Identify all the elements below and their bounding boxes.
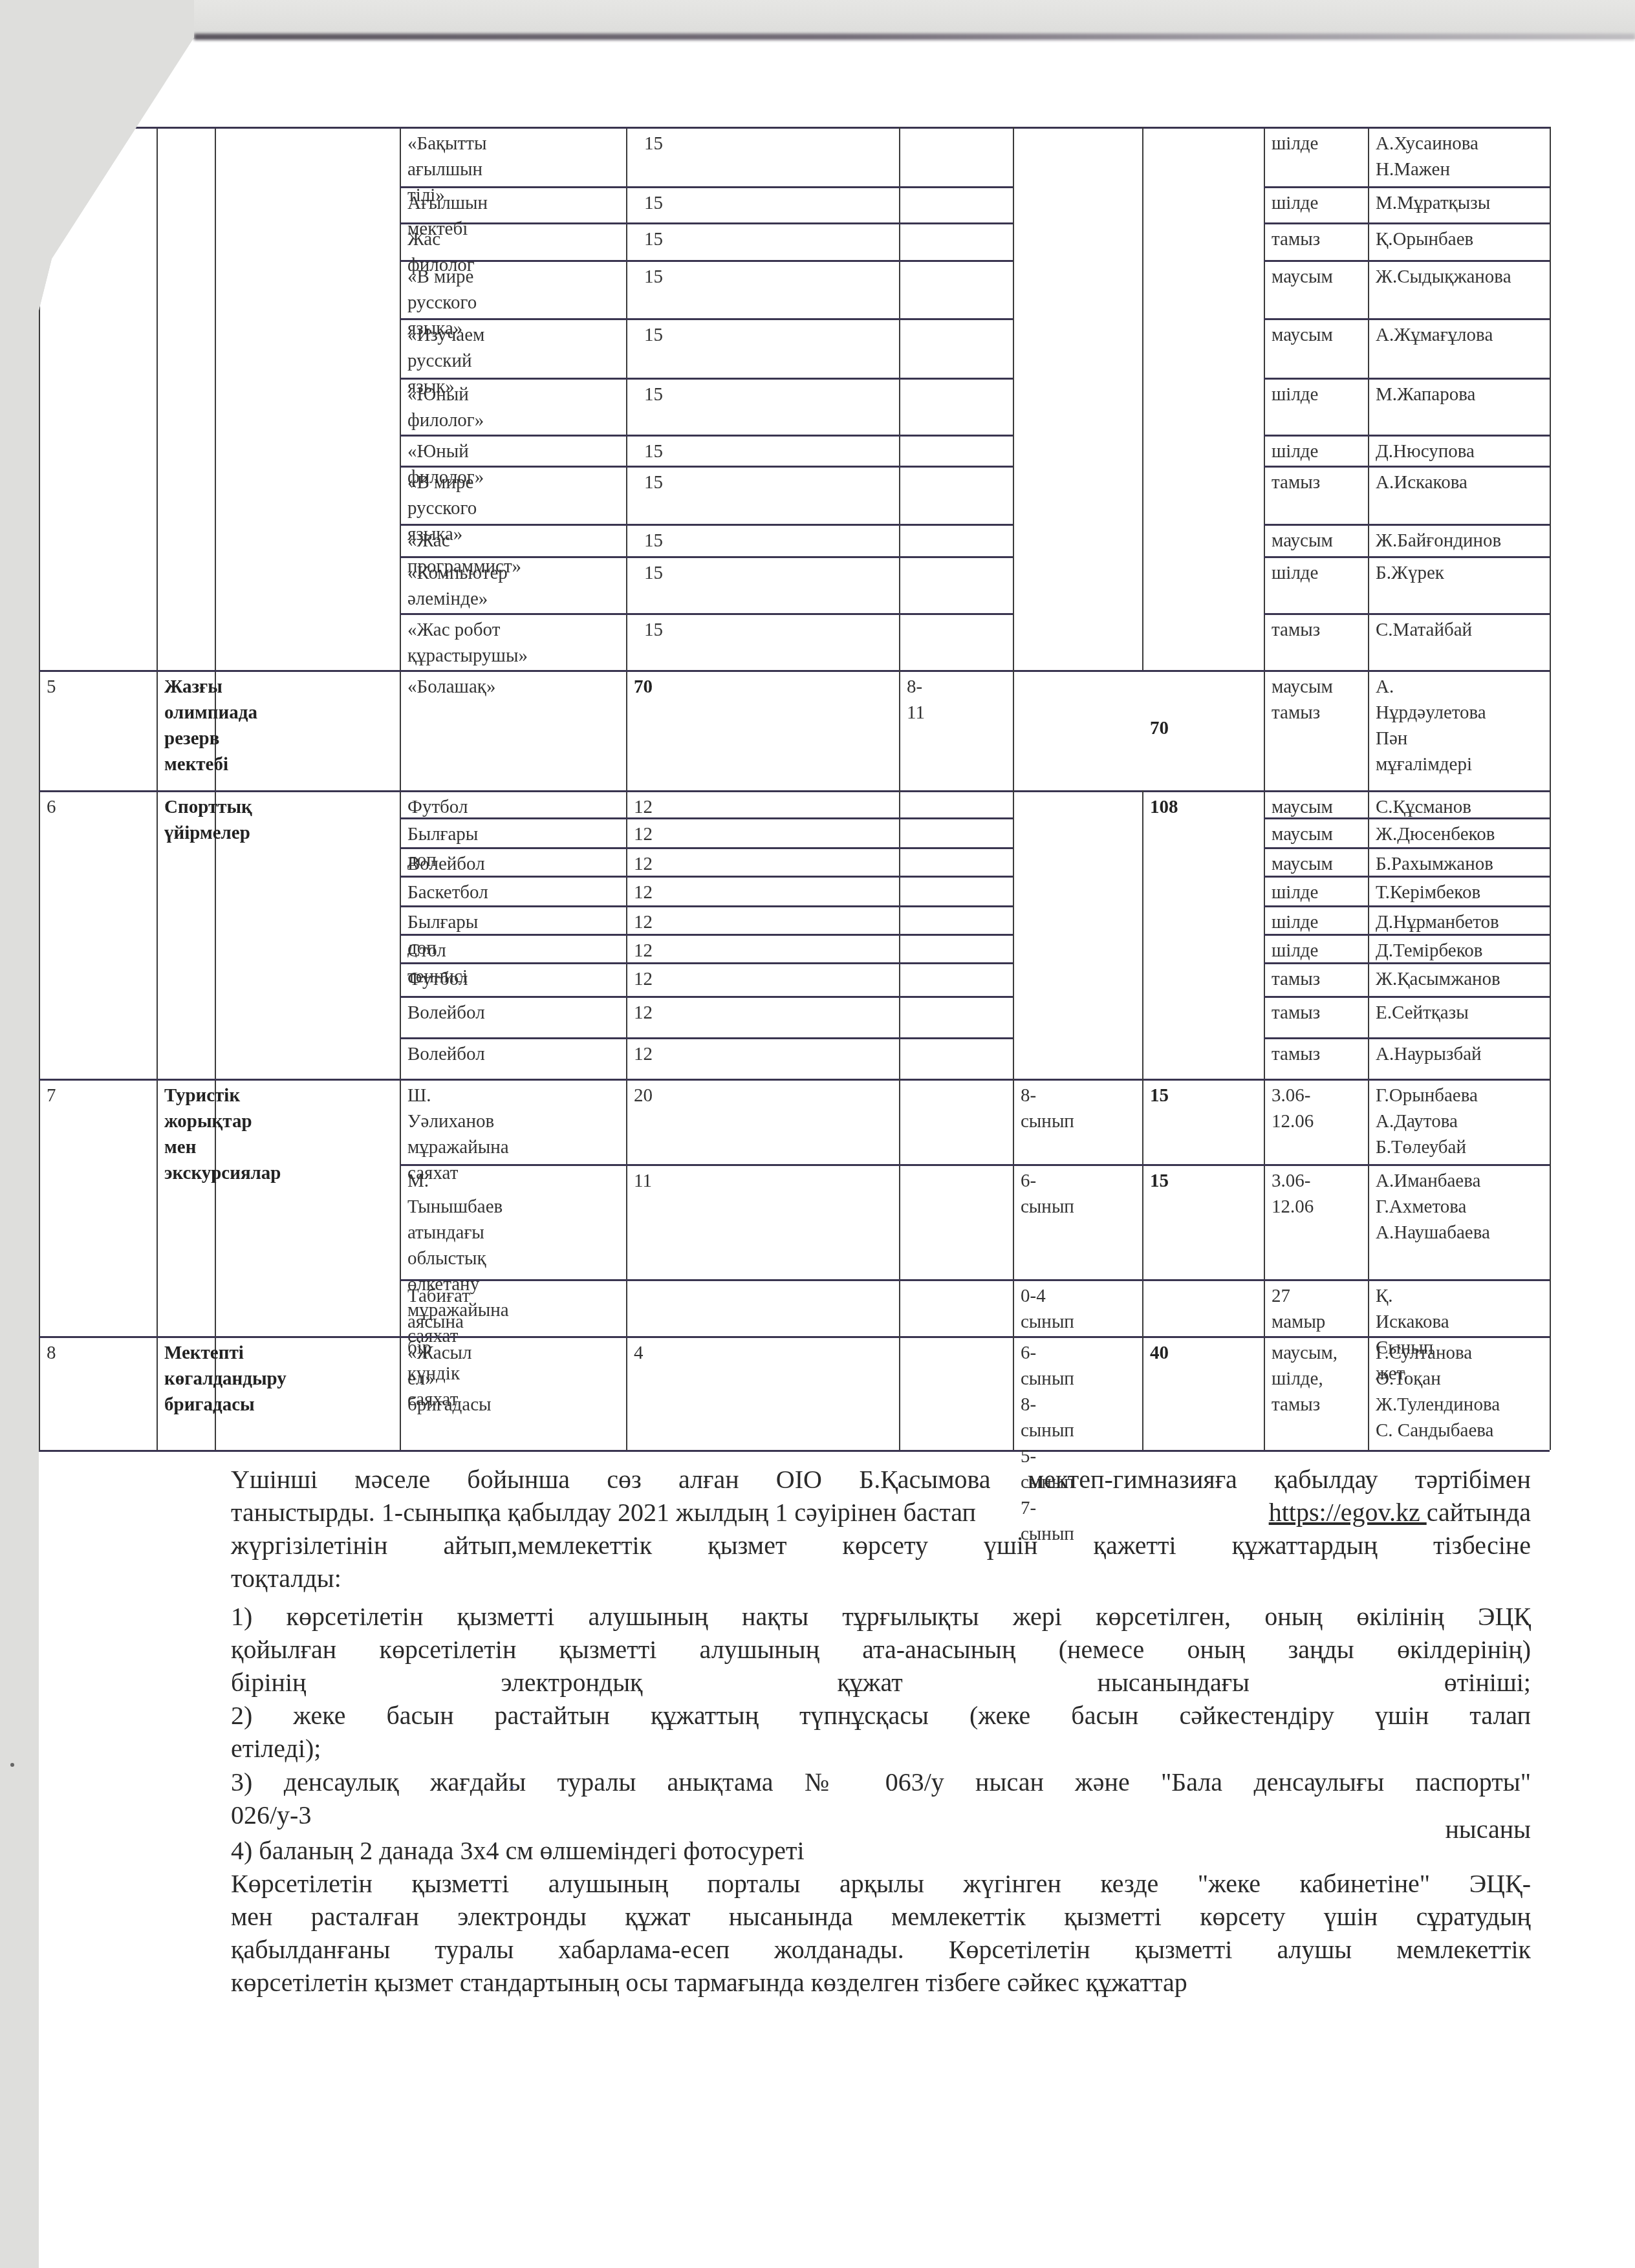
participant-count: 12 (634, 821, 653, 847)
responsible: С.Құсманов (1376, 794, 1471, 820)
list-item-4: 4) баланың 2 данада 3х4 см өлшеміндегі ф… (231, 1834, 1531, 1867)
table-rule (1013, 1336, 1014, 1450)
club-name: Баскетбол (407, 880, 488, 905)
participant-count: 11 (634, 1168, 652, 1194)
text-run: 3) денсаулық жағдайы туралы анықтама № 0… (231, 1766, 1531, 1798)
responsible: А.Хусаинова Н.Мажен (1376, 131, 1478, 182)
club-name: Волейбол (407, 1041, 485, 1067)
text-run: қабылданғаны туралы хабарлама-есеп жолда… (231, 1933, 1531, 1966)
para-line: Үшінші мәселе бойынша сөз алған ОІО Б.Қа… (231, 1463, 1531, 1496)
responsible: А.Наурызбай (1376, 1041, 1482, 1067)
para-line: тоқталды: (231, 1562, 1531, 1595)
table-rule (400, 318, 1013, 320)
page-edge-shadow (194, 34, 1635, 40)
admission-paragraph: Үшінші мәселе бойынша сөз алған ОІО Б.Қа… (231, 1463, 1531, 1595)
list-item-3: 3) денсаулық жағдайы туралы анықтама № 0… (231, 1766, 1531, 1798)
month: маусым (1272, 851, 1333, 877)
total-count: 70 (1150, 715, 1169, 741)
responsible: А. Нұрдәулетова Пән мұғалімдері (1376, 674, 1486, 777)
total-count: 15 (1150, 1168, 1169, 1194)
text-word: құжат (837, 1666, 902, 1699)
total-count: 40 (1150, 1340, 1169, 1366)
table-rule (1264, 556, 1550, 558)
participant-count: 15 (644, 560, 663, 586)
dates: 3.06- 12.06 (1272, 1083, 1314, 1134)
month: маусым (1272, 264, 1333, 290)
month: шілде (1272, 909, 1319, 935)
dates: 27 мамыр (1272, 1283, 1325, 1335)
total-count: 108 (1150, 794, 1178, 820)
participant-count: 15 (644, 382, 663, 407)
text-run: Үшінші мәселе бойынша сөз алған ОІО Б.Қа… (231, 1463, 1531, 1496)
documents-list: 1) көрсетілетін қызметті алушының нақты … (231, 1600, 1531, 1765)
month: маусым (1272, 794, 1333, 820)
activity-category: Туристік жорықтар мен экскурсиялар (164, 1083, 281, 1186)
table-rule (1264, 466, 1550, 468)
list-item-1-cont: қойылған көрсетілетін қызметті алушының … (231, 1633, 1531, 1666)
month: маусым тамыз (1272, 674, 1333, 726)
table-rule (1264, 260, 1550, 262)
table-rule (899, 670, 900, 790)
para2-line: көрсетілетін қызмет стандартының осы тар… (231, 1966, 1531, 1999)
table-rule (400, 613, 1013, 615)
responsible: Қ.Орынбаев (1376, 226, 1473, 252)
responsible: А.Жұмағұлова (1376, 322, 1493, 348)
scanner-background (0, 0, 1635, 39)
text-run: жүргізілетінін айтып,мемлекеттік қызмет … (231, 1529, 1531, 1562)
row-number: 5 (47, 674, 56, 700)
table-rule (1264, 318, 1550, 320)
table-rule (1264, 905, 1550, 907)
table-rule (39, 127, 1550, 129)
responsible: Т.Керімбеков (1376, 880, 1480, 905)
text-word: өтініші; (1444, 1666, 1531, 1699)
text-run: 1) көрсетілетін қызметті алушының нақты … (231, 1600, 1531, 1633)
month: маусым (1272, 821, 1333, 847)
participant-count: 20 (634, 1083, 653, 1108)
table-rule (400, 934, 1013, 936)
participant-count: 15 (644, 528, 663, 554)
table-rule (1264, 127, 1265, 1450)
text-word: электрондық (501, 1666, 642, 1699)
month: маусым, шілде, тамыз (1272, 1340, 1337, 1418)
para2-line: мен расталған электронды құжат нысанында… (231, 1900, 1531, 1933)
dates: 3.06- 12.06 (1272, 1168, 1314, 1220)
month: шілде (1272, 880, 1319, 905)
text-run: Көрсетілетін қызметті алушының порталы а… (231, 1867, 1531, 1900)
table-rule (400, 1037, 1013, 1039)
egov-link[interactable]: https://egov.kz (1269, 1498, 1427, 1527)
text-run: сайтында (1427, 1498, 1531, 1527)
grade: 8-сынып (1021, 1083, 1074, 1134)
responsible: Ж.Байғондинов (1376, 528, 1501, 554)
table-rule (39, 127, 40, 1450)
table-rule (400, 466, 1013, 468)
month: шілде (1272, 131, 1319, 157)
text-run: 026/у-3 (231, 1798, 311, 1831)
month: тамыз (1272, 1041, 1320, 1067)
table-rule (400, 847, 1013, 849)
month: тамыз (1272, 1000, 1320, 1026)
table-rule (400, 817, 1013, 819)
table-rule (400, 524, 1013, 526)
responsible: Д.Нюсупова (1376, 438, 1475, 464)
responsible: М.Жапарова (1376, 382, 1475, 407)
list-item-2-cont: етіледі); (231, 1732, 1531, 1765)
table-rule (1264, 222, 1550, 224)
participant-count: 70 (634, 674, 653, 700)
activity-category: Жазғы олимпиада резерв мектебі (164, 674, 257, 777)
para-line: жүргізілетінін айтып,мемлекеттік қызмет … (231, 1529, 1531, 1562)
participant-count: 15 (644, 190, 663, 216)
grade: 0-4 сынып (1021, 1283, 1074, 1335)
scan-speck (511, 1786, 514, 1789)
table-rule (400, 876, 1013, 878)
table-rule (400, 905, 1013, 907)
table-rule (1013, 127, 1014, 670)
table-rule (39, 1336, 1550, 1338)
table-rule (1264, 524, 1550, 526)
responsible: Ж.Сыдықжанова (1376, 264, 1511, 290)
table-rule (1013, 670, 1014, 790)
table-rule (1264, 435, 1550, 437)
list-item-3-cont: 026/у-3 нысаны (231, 1798, 1531, 1831)
activity-category: Мектепті көгалдандыру бригадасы (164, 1340, 287, 1418)
participant-count: 12 (634, 880, 653, 905)
table-rule (157, 127, 158, 1450)
table-rule (39, 670, 1550, 672)
participant-count: 12 (634, 938, 653, 964)
responsible: Г.Орынбаева А.Даутова Б.Төлеубай (1376, 1083, 1478, 1160)
table-rule (1264, 378, 1550, 380)
participant-count: 15 (644, 617, 663, 643)
grade: 6-сынып (1021, 1168, 1074, 1220)
month: шілде (1272, 560, 1319, 586)
table-rule (1013, 1079, 1014, 1336)
participant-count: 12 (634, 1041, 653, 1067)
text-word: нысанындағы (1098, 1666, 1250, 1699)
responsible: Б.Рахымжанов (1376, 851, 1493, 877)
table-rule (400, 435, 1013, 437)
club-name: «Компьютер әлемінде» (407, 560, 508, 612)
table-rule (39, 790, 1550, 792)
grade: 8-11 (907, 674, 925, 726)
month: маусым (1272, 322, 1333, 348)
participant-count: 15 (644, 264, 663, 290)
table-rule (400, 378, 1013, 380)
club-name: «Юный филолог» (407, 382, 484, 433)
total-count: 15 (1150, 1083, 1169, 1108)
responsible: М.Мұратқызы (1376, 190, 1490, 216)
month: шілде (1272, 938, 1319, 964)
table-rule (1550, 127, 1551, 1450)
responsible: Ж.Дюсенбеков (1376, 821, 1495, 847)
participant-count: 15 (644, 322, 663, 348)
text-run: 2) жеке басын растайтын құжаттың түпнұсқ… (231, 1699, 1531, 1732)
row-number: 6 (47, 794, 56, 820)
participant-count: 15 (644, 470, 663, 495)
table-rule (1264, 613, 1550, 615)
table-rule (400, 962, 1013, 964)
club-name: Футбол (407, 966, 468, 992)
para-line: таныстырды. 1-сыныпқа қабылдау 2021 жылд… (231, 1496, 1531, 1529)
table-rule (400, 1164, 1550, 1166)
table-rule (1142, 790, 1143, 1079)
row-number: 8 (47, 1340, 56, 1366)
responsible: Д.Темірбеков (1376, 938, 1482, 964)
participant-count: 15 (644, 438, 663, 464)
month: шілде (1272, 382, 1319, 407)
month: тамыз (1272, 470, 1320, 495)
table-rule (899, 127, 900, 670)
month: тамыз (1272, 226, 1320, 252)
text-word: бірінің (231, 1666, 307, 1699)
table-rule (39, 1450, 1550, 1452)
participant-count: 15 (644, 226, 663, 252)
club-name: «Жасыл ел» бригадасы (407, 1340, 492, 1418)
table-rule (1264, 1037, 1550, 1039)
responsible: Б.Жүрек (1376, 560, 1444, 586)
para2-line: Көрсетілетін қызметті алушының порталы а… (231, 1867, 1531, 1900)
table-rule (1142, 1079, 1143, 1336)
participant-count: 12 (634, 851, 653, 877)
text-run: қойылған көрсетілетін қызметті алушының … (231, 1633, 1531, 1666)
responsible: Ж.Қасымжанов (1376, 966, 1500, 992)
table-rule (1264, 847, 1550, 849)
club-name: Футбол (407, 794, 468, 820)
responsible: А.Искакова (1376, 470, 1467, 495)
table-rule (1368, 127, 1369, 1450)
table-rule (400, 996, 1013, 998)
month: шілде (1272, 438, 1319, 464)
table-rule (215, 127, 216, 1450)
table-rule (1142, 1336, 1143, 1450)
table-rule (400, 260, 1013, 262)
club-name: «Жас робот құрастырушы» (407, 617, 528, 669)
table-rule (400, 1279, 1550, 1281)
text-run: мен расталған электронды құжат нысанында… (231, 1900, 1531, 1933)
table-rule (899, 1079, 900, 1336)
table-rule (400, 127, 401, 1450)
responsible: Г.Султанова Ә.Тоқан Ж.Тулендинова С. Сан… (1376, 1340, 1500, 1443)
table-rule (626, 127, 627, 1450)
participant-count: 12 (634, 794, 653, 820)
month: шілде (1272, 190, 1319, 216)
activity-category: Спорттық үйірмелер (164, 794, 252, 846)
participant-count: 12 (634, 909, 653, 935)
table-rule (400, 186, 1013, 188)
table-rule (1142, 127, 1143, 670)
text-run: нысаны (1445, 1813, 1531, 1846)
documents-list-cont: 3) денсаулық жағдайы туралы анықтама № 0… (231, 1766, 1531, 1999)
responsible: С.Матайбай (1376, 617, 1472, 643)
para2-line: қабылданғаны туралы хабарлама-есеп жолда… (231, 1933, 1531, 1966)
row-number: 7 (47, 1083, 56, 1108)
table-rule (400, 222, 1013, 224)
participant-count: 4 (634, 1340, 644, 1366)
club-name: «Болашақ» (407, 674, 495, 700)
list-item-2: 2) жеке басын растайтын құжаттың түпнұсқ… (231, 1699, 1531, 1732)
participant-count: 12 (634, 1000, 653, 1026)
list-item-1: 1) көрсетілетін қызметті алушының нақты … (231, 1600, 1531, 1633)
table-rule (899, 1336, 900, 1450)
table-rule (1264, 996, 1550, 998)
scan-speck (10, 1763, 14, 1767)
table-rule (39, 1079, 1550, 1081)
list-item-1-cont: бірініңэлектрондыққұжатнысанындағыөтініш… (231, 1666, 1531, 1699)
club-name: Волейбол (407, 851, 485, 877)
responsible: А.Иманбаева Г.Ахметова А.Наушабаева (1376, 1168, 1490, 1246)
responsible: Е.Сейтқазы (1376, 1000, 1469, 1026)
table-rule (1264, 186, 1550, 188)
club-name: Волейбол (407, 1000, 485, 1026)
participant-count: 12 (634, 966, 653, 992)
text-run: таныстырды. 1-сыныпқа қабылдау 2021 жылд… (231, 1496, 976, 1529)
month: тамыз (1272, 966, 1320, 992)
responsible: Д.Нұрманбетов (1376, 909, 1499, 935)
participant-count: 15 (644, 131, 663, 157)
month: маусым (1272, 528, 1333, 554)
month: тамыз (1272, 617, 1320, 643)
table-rule (1013, 790, 1014, 1079)
